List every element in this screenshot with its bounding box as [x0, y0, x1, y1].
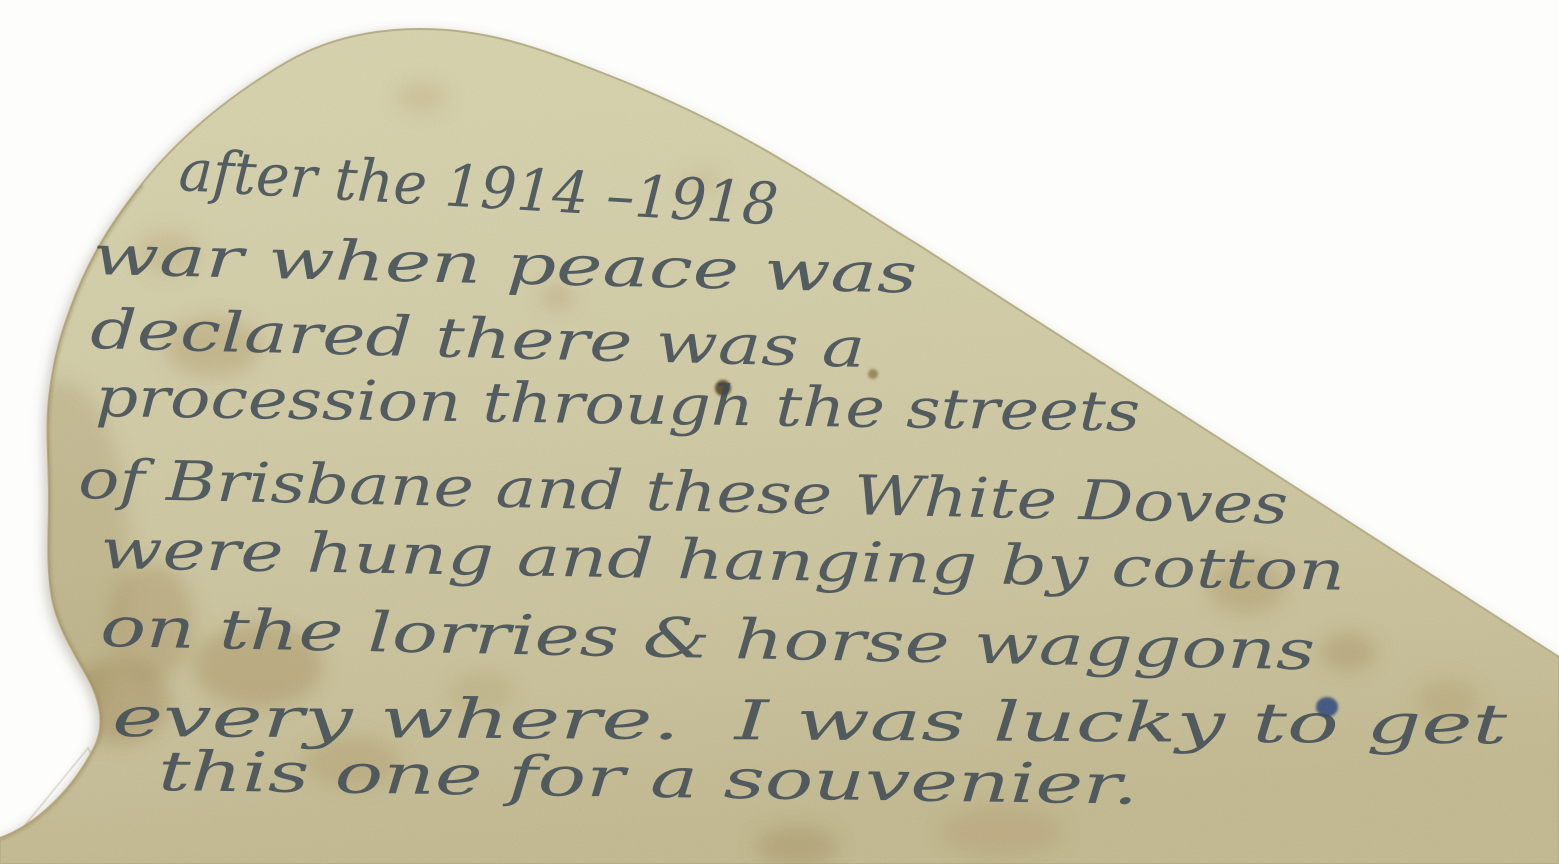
handwritten-line-9: this one for a souvenier.: [158, 739, 1139, 817]
paper-cutout-scene: after the 1914 –1918 war when peace was …: [0, 0, 1559, 864]
photo-of-handwritten-note: after the 1914 –1918 war when peace was …: [0, 0, 1559, 864]
handwriting: after the 1914 –1918 war when peace was …: [78, 136, 1509, 817]
